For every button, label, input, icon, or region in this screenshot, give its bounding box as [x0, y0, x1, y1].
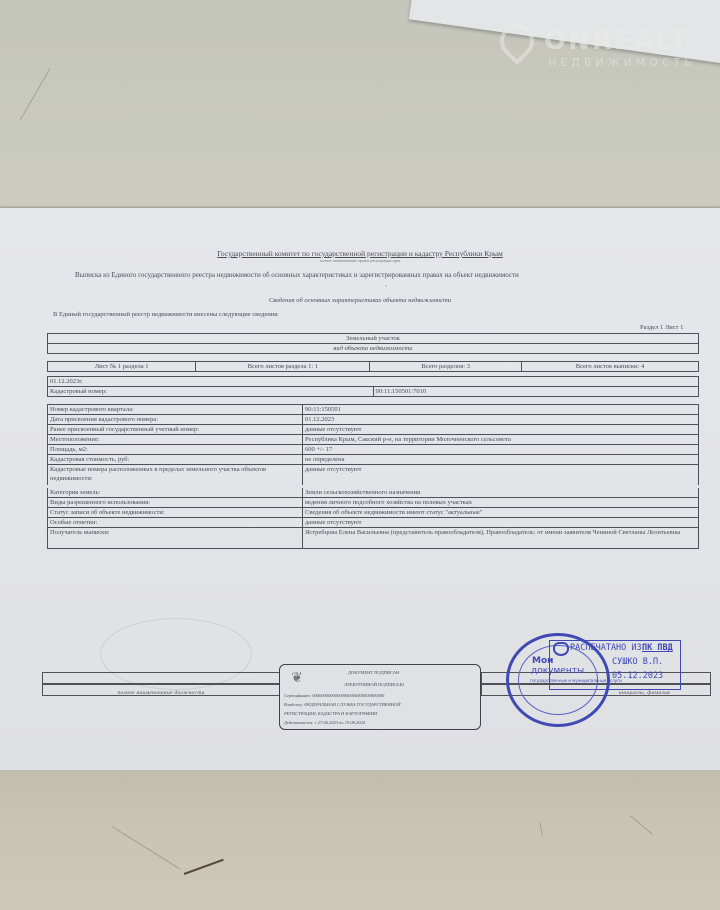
field-label: Площадь, м2:: [48, 445, 303, 455]
field-label: Кадастровые номера расположенных в преде…: [48, 465, 303, 487]
field-label: Местоположение:: [48, 435, 303, 445]
table-row: Кадастровая стоимость, руб:не определена: [48, 455, 699, 465]
table-row: Местоположение:Республика Крым, Сакский …: [48, 435, 699, 445]
sheet-info-cell: Всего разделов: 3: [370, 362, 521, 372]
electronic-signature-box: ❦ ДОКУМЕНТ ПОДПИСАН ЭЛЕКТРОННОЙ ПОДПИСЬЮ…: [279, 664, 481, 730]
field-label: Ранее присвоенный государственный учетны…: [48, 425, 303, 435]
sheet-info-cell: Лист № 1 раздела 1: [48, 362, 196, 372]
cadastral-number-label: Кадастровый номер:: [48, 387, 374, 397]
field-value: данные отсутствуют: [303, 425, 699, 435]
watermark-subtitle: НЕДВИЖИМОСТЬ: [548, 56, 696, 69]
table-row: Ранее присвоенный государственный учетны…: [48, 425, 699, 435]
field-value: ведения личного подсобного хозяйства на …: [303, 498, 699, 508]
extract-date: 01.12.2023г.: [48, 377, 699, 387]
field-value: 90:11:150501: [303, 405, 699, 415]
field-value: 600 +/- 17: [303, 445, 699, 455]
house-pin-icon: [493, 17, 541, 65]
sheet-info-cell: Всего листов раздела 1: 1: [196, 362, 370, 372]
intro-text: В Единый государственный реестр недвижим…: [53, 311, 279, 318]
table-row: Получатель выписки:Ястребцова Елена Васи…: [48, 528, 699, 549]
field-value: Сведения об объекте недвижимости имеют с…: [303, 508, 699, 518]
object-type: Земельный участок: [48, 334, 699, 344]
section-title: Сведения об основных характеристиках объ…: [0, 297, 720, 304]
esig-title-1: ДОКУМЕНТ ПОДПИСАН: [348, 670, 399, 675]
esig-validity: Действителен: с 27.06.2023 по 19.09.2024: [284, 720, 365, 725]
table-surface-bottom: [0, 770, 720, 910]
field-value: данные отсутствуют: [303, 518, 699, 528]
stamp-date: 05.12.2023: [612, 671, 663, 681]
field-label: Виды разрешенного использования:: [48, 498, 303, 508]
eagle-emblem-icon: ❦: [290, 669, 304, 689]
organization-caption: полное наименование органа регистрации п…: [0, 258, 720, 263]
field-label: Категория земель:: [48, 487, 303, 498]
field-label: Номер кадастрового квартала:: [48, 405, 303, 415]
field-value: данные отсутствуют: [303, 465, 699, 487]
object-type-caption: вид объекта недвижимости: [48, 344, 699, 354]
table-row: Категория земель:Земли сельскохозяйствен…: [48, 487, 699, 498]
field-label: Кадастровая стоимость, руб:: [48, 455, 303, 465]
esig-title-2: ЭЛЕКТРОННОЙ ПОДПИСЬЮ: [344, 682, 404, 687]
field-label: Дата присвоения кадастрового номера:: [48, 415, 303, 425]
field-label: Особые отметки:: [48, 518, 303, 528]
table-row: Кадастровые номера расположенных в преде…: [48, 465, 699, 487]
table-row: Дата присвоения кадастрового номера:01.1…: [48, 415, 699, 425]
esig-owner-1: Владелец: ФЕДЕРАЛЬНАЯ СЛУЖБА ГОСУДАРСТВЕ…: [284, 702, 401, 707]
sheet-info-table: Лист № 1 раздела 1 Всего листов раздела …: [47, 361, 699, 372]
sheet-reference: Раздел 1 Лист 1: [640, 324, 683, 331]
extract-title: Выписка из Единого государственного реес…: [75, 271, 519, 279]
document-sheet: Государственный комитет по государственн…: [0, 208, 720, 770]
stamp-operator: СУШКО В.П.: [612, 657, 663, 667]
stamp-line1: РАСПЕЧАТАНО ИЗ: [570, 643, 642, 653]
watermark-brand: ONREALT: [544, 26, 690, 56]
field-value: Земли сельскохозяйственного назначения: [303, 487, 699, 498]
watermark: ONREALT НЕДВИЖИМОСТЬ: [496, 22, 716, 72]
field-value: Ястребцова Елена Васильевна (представите…: [303, 528, 699, 549]
table-row: Номер кадастрового квартала:90:11:150501: [48, 405, 699, 415]
field-value: Республика Крым, Сакский р-н, на террито…: [303, 435, 699, 445]
printed-from-stamp: РАСПЕЧАТАНО ИЗ ПК ПВД СУШКО В.П. 05.12.2…: [549, 640, 681, 690]
signature-position-field: полное наименование должности: [42, 684, 280, 696]
esig-certificate: Сертификат: 0000000000000000000000000000…: [284, 693, 384, 698]
table-row: Виды разрешенного использования:ведения …: [48, 498, 699, 508]
field-value: не определена: [303, 455, 699, 465]
field-label: Статус записи об объекте недвижимости:: [48, 508, 303, 518]
stamp-line1-value: ПК ПВД: [642, 643, 673, 653]
table-row: Особые отметки:данные отсутствуют: [48, 518, 699, 528]
field-label: Получатель выписки:: [48, 528, 303, 549]
organization-name: Государственный комитет по государственн…: [0, 249, 720, 258]
table-row: Площадь, м2:600 +/- 17: [48, 445, 699, 455]
cadastral-number: 90:11:150501:7010: [373, 387, 699, 397]
field-value: 01.12.2023: [303, 415, 699, 425]
initials-caption: инициалы, фамилия: [619, 690, 670, 696]
mark: •: [385, 285, 387, 290]
signature-position-line: [42, 672, 280, 684]
esig-owner-2: РЕГИСТРАЦИИ, КАДАСТРА И КАРТОГРАФИИ: [284, 711, 377, 716]
cadastral-table: 01.12.2023г. Кадастровый номер: 90:11:15…: [47, 376, 699, 397]
table-row: Статус записи об объекте недвижимости:Св…: [48, 508, 699, 518]
position-caption: полное наименование должности: [117, 690, 204, 696]
characteristics-table: Номер кадастрового квартала:90:11:150501…: [47, 404, 699, 549]
object-type-table: Земельный участок вид объекта недвижимос…: [47, 333, 699, 354]
sheet-info-cell: Всего листов выписки: 4: [521, 362, 698, 372]
